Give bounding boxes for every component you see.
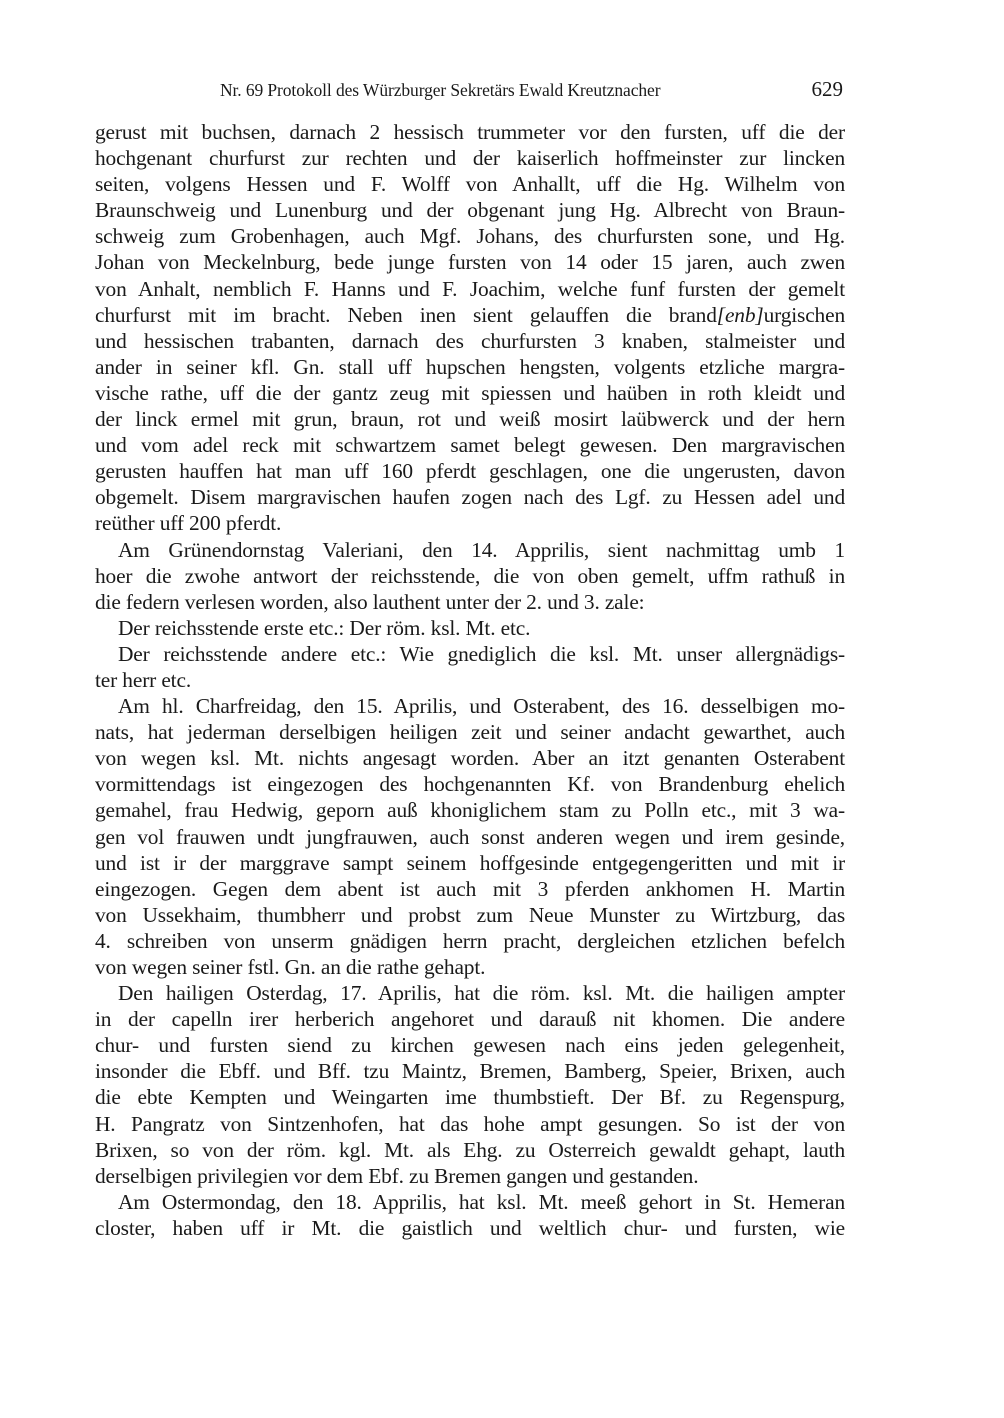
text-line: die ebte Kempten und Weingarten ime thum… <box>95 1084 845 1110</box>
text-line: H. Pangratz von Sintzenhofen, hat das ho… <box>95 1111 845 1137</box>
paragraph: Der reichsstende erste etc.: Der röm. ks… <box>95 615 845 641</box>
text-line: hochgenant churfurst zur rechten und der… <box>95 145 845 171</box>
text-line: gerusten hauffen hat man uff 160 pferdt … <box>95 458 845 484</box>
text-line: Der reichsstende andere etc.: Wie gnedig… <box>95 641 845 667</box>
text-line: reüther uff 200 pferdt. <box>95 510 845 536</box>
text-line: Braunschweig und Lunenburg und der obgen… <box>95 197 845 223</box>
text-line: die federn verlesen worden, also lauthen… <box>95 589 845 615</box>
text-line: Brixen, so von der röm. kgl. Mt. als Ehg… <box>95 1137 845 1163</box>
text-line: vische rathe, uff die der gantz zeug mit… <box>95 380 845 406</box>
text-line: gemahel, frau Hedwig, geporn auß khonigl… <box>95 797 845 823</box>
text-line: Am Ostermondag, den 18. Apprilis, hat ks… <box>95 1189 845 1215</box>
text-line: in der capelln irer herberich angehoret … <box>95 1006 845 1032</box>
text-line: Am Grünendornstag Valeriani, den 14. App… <box>95 537 845 563</box>
text-line: und hessischen trabanten, darnach des ch… <box>95 328 845 354</box>
text-line: obgemelt. Disem margravischen haufen zog… <box>95 484 845 510</box>
text-line: von Anhalt, nemblich F. Hanns und F. Joa… <box>95 276 845 302</box>
text-line: eingezogen. Gegen dem abent ist auch mit… <box>95 876 845 902</box>
text-line: Den hailigen Osterdag, 17. Aprilis, hat … <box>95 980 845 1006</box>
text-segment: churfurst mit im bracht. Neben inen sien… <box>95 303 717 327</box>
editorial-insertion: [enb] <box>717 303 764 327</box>
text-line: Der reichsstende erste etc.: Der röm. ks… <box>95 615 845 641</box>
text-line: closter, haben uff ir Mt. die gaistlich … <box>95 1215 845 1241</box>
text-line: ter herr etc. <box>95 667 845 693</box>
paragraph: Am Ostermondag, den 18. Apprilis, hat ks… <box>95 1189 845 1241</box>
page-number: 629 <box>812 77 844 102</box>
text-line: 4. schreiben von unserm gnädigen herrn p… <box>95 928 845 954</box>
text-line: von Ussekhaim, thumbherr und probst zum … <box>95 902 845 928</box>
text-line: insonder die Ebff. und Bff. tzu Maintz, … <box>95 1058 845 1084</box>
text-line: chur- und fursten siend zu kirchen gewes… <box>95 1032 845 1058</box>
running-title: Nr. 69 Protokoll des Würzburger Sekretär… <box>220 80 660 101</box>
text-line: churfurst mit im bracht. Neben inen sien… <box>95 302 845 328</box>
text-line: nats, hat jederman derselbigen heiligen … <box>95 719 845 745</box>
text-line: gen vol frauwen undt jungfrauwen, auch s… <box>95 824 845 850</box>
text-segment: urgischen <box>764 303 845 327</box>
paragraph: gerust mit buchsen, darnach 2 hessisch t… <box>95 119 845 537</box>
text-line: seiten, volgens Hessen und F. Wolff von … <box>95 171 845 197</box>
paragraph: Den hailigen Osterdag, 17. Aprilis, hat … <box>95 980 845 1189</box>
text-line: hoer die zwohe antwort der reichsstende,… <box>95 563 845 589</box>
text-line: Johan von Meckelnburg, bede junge furste… <box>95 249 845 275</box>
text-line: von wegen seiner fstl. Gn. an die rathe … <box>95 954 845 980</box>
text-line: und vom adel reck mit schwartzem samet b… <box>95 432 845 458</box>
paragraph: Am hl. Charfreidag, den 15. Aprilis, und… <box>95 693 845 980</box>
paragraph: Der reichsstende andere etc.: Wie gnedig… <box>95 641 845 693</box>
text-line: von wegen ksl. Mt. nichts angesagt worde… <box>95 745 845 771</box>
text-line: und ist ir der marggrave sampt seinem ho… <box>95 850 845 876</box>
text-line: schweig zum Grobenhagen, auch Mgf. Johan… <box>95 223 845 249</box>
text-line: ander in seiner kfl. Gn. stall uff hupsc… <box>95 354 845 380</box>
text-line: Am hl. Charfreidag, den 15. Aprilis, und… <box>95 693 845 719</box>
text-line: derselbigen privilegien vor dem Ebf. zu … <box>95 1163 845 1189</box>
document-body: gerust mit buchsen, darnach 2 hessisch t… <box>95 119 845 1241</box>
text-line: vormittendags ist eingezogen des hochgen… <box>95 771 845 797</box>
text-line: gerust mit buchsen, darnach 2 hessisch t… <box>95 119 845 145</box>
paragraph: Am Grünendornstag Valeriani, den 14. App… <box>95 537 845 615</box>
text-line: der linck ermel mit grun, braun, rot und… <box>95 406 845 432</box>
running-header: Nr. 69 Protokoll des Würzburger Sekretär… <box>95 78 845 108</box>
